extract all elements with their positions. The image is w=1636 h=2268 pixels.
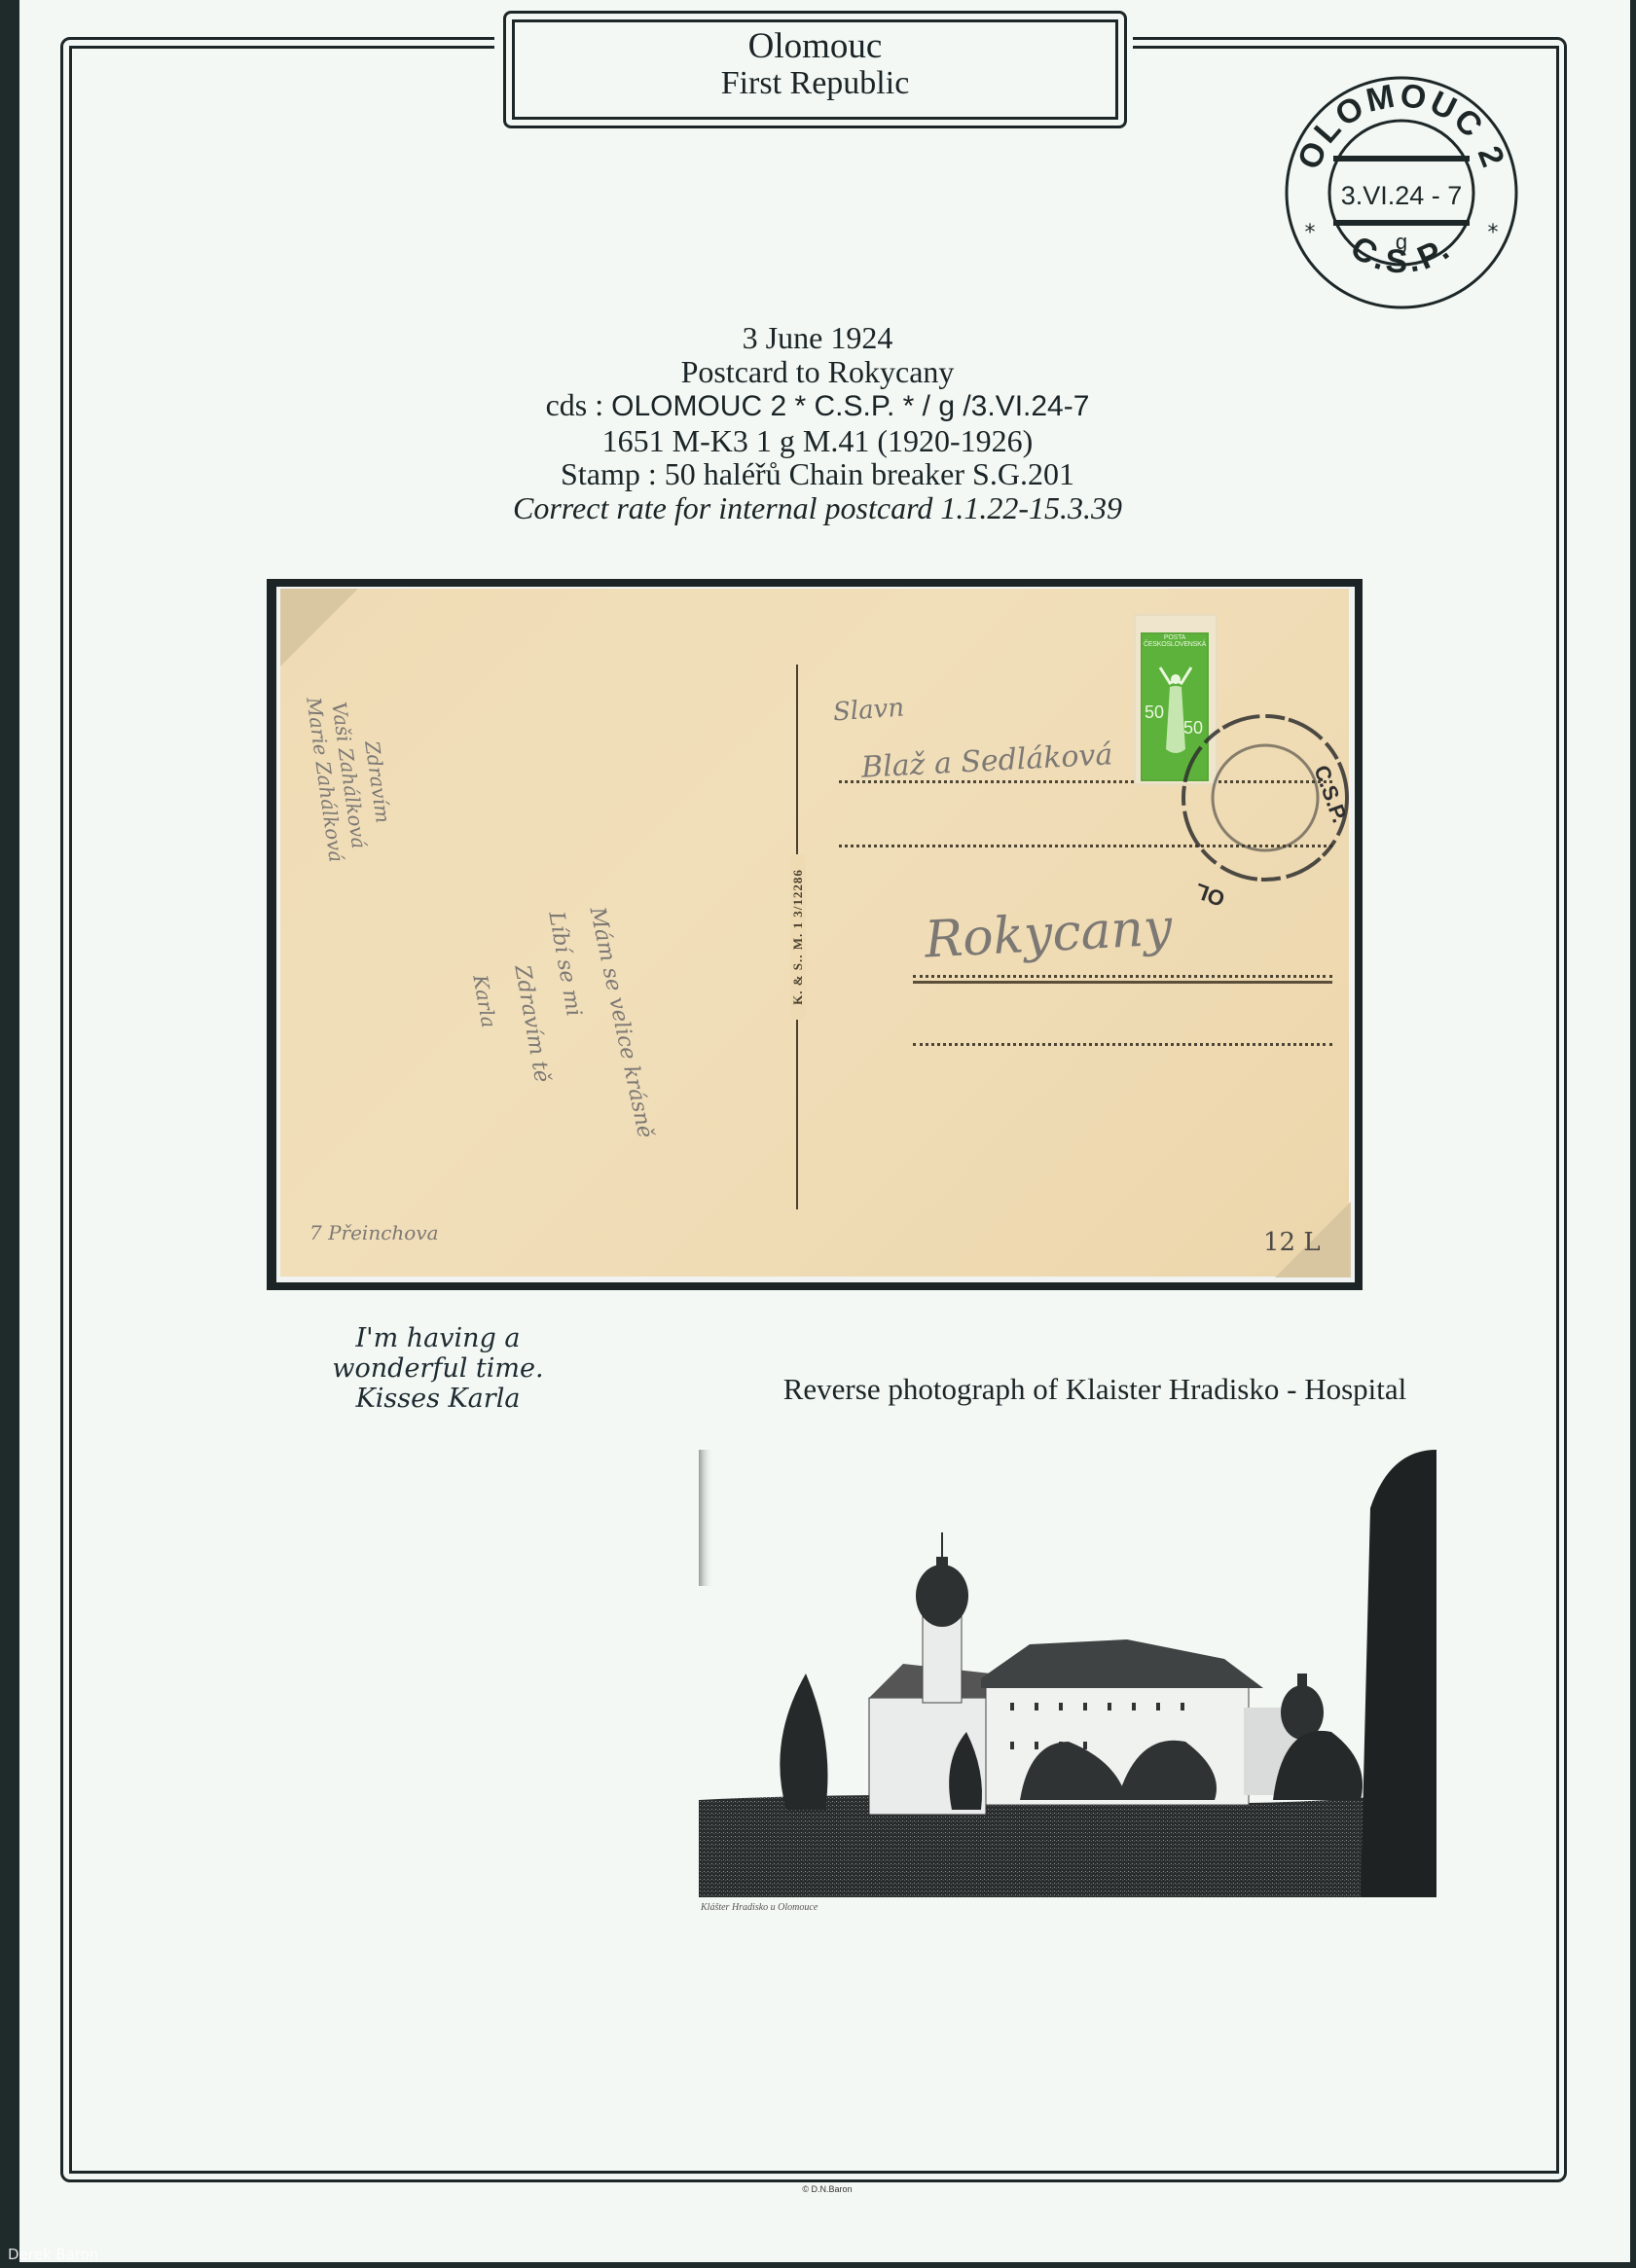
note-line: I'm having a [292,1323,584,1353]
pencil-mark: 12 L [1263,1228,1321,1257]
photo-corner-top-left [280,589,358,666]
address-line [913,1043,1332,1046]
photo-sub-caption: Klášter Hradisko u Olomouce [701,1902,818,1913]
address-underline [913,981,1332,984]
handwritten-address-1: Slavn [832,693,905,727]
postmark-illustration: OLOMOUC 2 3.VI.24 - 7 g * * C.S.P. [1283,74,1520,311]
description-catalogue: 1651 M-K3 1 g M.41 (1920-1926) [409,424,1226,458]
svg-text:OL: OL [1191,879,1227,912]
page-subtitle: First Republic [512,65,1118,102]
star-icon: * [1305,221,1316,245]
note-line: Kisses Karla [292,1384,584,1414]
description-cds: cds : OLOMOUC 2 * C.S.P. * / g /3.VI.24-… [409,388,1226,424]
handwritten-corner-note: 7 Přeinchova [309,1221,439,1244]
watermark: Derek Baron [8,2246,98,2263]
monastery-photograph [699,1450,1436,1897]
stamp-inscription: POSTA ČESKOSLOVENSKÁ [1141,634,1209,648]
description-date: 3 June 1924 [409,321,1226,355]
star-icon: * [1488,221,1499,245]
copyright-notice: © D.N.Baron [584,2184,1071,2194]
note-line: wonderful time. [292,1353,584,1384]
address-line [913,975,1332,978]
description-rate-note: Correct rate for internal postcard 1.1.2… [409,491,1226,525]
cancellation-postmark: C.S.P. OL [1119,671,1353,915]
cds-value: OLOMOUC 2 * C.S.P. * / g /3.VI.24-7 [611,390,1089,422]
description-stamp: Stamp : 50 haléřů Chain breaker S.G.201 [409,457,1226,491]
postmark-date: 3.VI.24 - 7 [1341,181,1463,210]
item-description: 3 June 1924 Postcard to Rokycany cds : O… [409,321,1226,524]
printer-mark: K. & S.. M. 1 3/12286 [790,854,806,1020]
photo-caption: Reverse photograph of Klaister Hradisko … [681,1372,1509,1407]
page-title: Olomouc [512,27,1118,66]
translation-note: I'm having a wonderful time. Kisses Karl… [292,1323,584,1414]
description-item: Postcard to Rokycany [409,355,1226,389]
cds-label: cds : [546,387,612,422]
